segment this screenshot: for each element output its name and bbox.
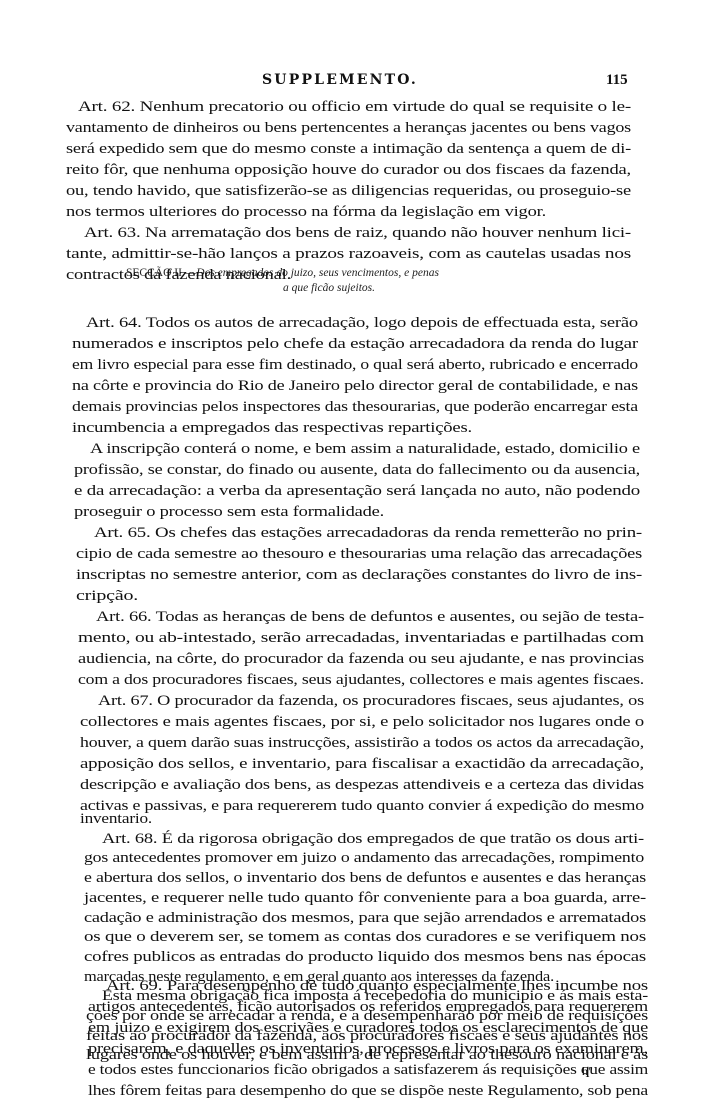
text-line: artigos antecedentes, ficão autorisados …	[88, 997, 648, 1017]
text-line: cofres publicos as entradas do producto …	[84, 947, 646, 967]
text-line: incumbencia a empregados das respectivas…	[72, 418, 472, 438]
text-line: Art. 64. Todos os autos de arrecadação, …	[86, 313, 638, 333]
running-title: SUPPLEMENTO.	[262, 72, 418, 88]
text-line: reito fôr, que nenhuma opposição houve d…	[66, 160, 631, 180]
text-line: ou, tendo havido, que satisfizerão-se as…	[66, 181, 631, 201]
text-line: Art. 66. Todas as heranças de bens de de…	[96, 607, 644, 627]
text-line: Art. 67. O procurador da fazenda, os pro…	[98, 691, 644, 711]
text-line: apposição dos sellos, e inventario, para…	[80, 754, 644, 774]
text-line: descripção e avaliação dos bens, as desp…	[80, 775, 644, 795]
text-line: na côrte e provincia do Rio de Janeiro p…	[72, 376, 638, 396]
text-line: contractos da fazenda nacional.	[66, 265, 291, 285]
text-line: lhes fôrem feitas para desempenho do que…	[88, 1081, 648, 1101]
text-line: e da arrecadação: a verba da apresentaçã…	[74, 481, 640, 501]
text-line: cadação e administração dos mesmos, para…	[84, 908, 646, 928]
text-line: e todos estes funccionarios ficão obriga…	[88, 1060, 648, 1080]
text-line: os que o deverem ser, se tomem as contas…	[84, 927, 646, 947]
text-line: cipio de cada semestre ao thesouro e the…	[76, 544, 642, 564]
text-line: A inscripção conterá o nome, e bem assim…	[90, 439, 640, 459]
text-line: será expedido sem que do mesmo conste a …	[66, 139, 631, 159]
text-line: Art. 69. Para desempenho de tudo quanto …	[106, 976, 648, 996]
document-page: SUPPLEMENTO. 115 SECÇÃO II.—Dos empregad…	[0, 0, 715, 1117]
text-line: Art. 63. Na arrematação dos bens de raiz…	[84, 223, 631, 243]
text-line: jacentes, e requerer nelle tudo quanto f…	[84, 888, 646, 908]
section-heading-line-2: a que ficão sujeitos.	[283, 281, 375, 295]
text-line: e abertura dos sellos, o inventario dos …	[84, 868, 646, 888]
text-line: Art. 65. Os chefes das estações arrecada…	[94, 523, 642, 543]
text-line: mento, ou ab-intestado, serão arrecadada…	[78, 628, 644, 648]
text-line: demais provincias pelos inspectores das …	[72, 397, 638, 417]
text-line: audiencia, na côrte, do procurador da fa…	[78, 649, 644, 669]
text-line: Art. 62. Nenhum precatorio ou officio em…	[78, 97, 631, 117]
text-line: inventario.	[80, 809, 152, 829]
section-title-part-2: a que ficão sujeitos.	[283, 282, 375, 294]
text-line: cripção.	[76, 586, 138, 606]
text-line: proseguir o processo sem esta formalidad…	[74, 502, 384, 522]
text-line: tante, admittir-se-hão lanços a prazos r…	[66, 244, 631, 264]
page-header: SUPPLEMENTO. 115	[0, 72, 715, 94]
text-line: collectores e mais agentes fiscaes, por …	[80, 712, 644, 732]
text-line: em juizo e exigirem dos escrivães e cura…	[88, 1018, 648, 1038]
text-line: houver, a quem darão suas instrucções, a…	[80, 733, 644, 753]
text-line: em livro especial para esse fim destinad…	[72, 355, 638, 375]
text-line: com a dos procuradores fiscaes, seus aju…	[78, 670, 644, 690]
text-line: numerados e inscriptos pelo chefe da est…	[72, 334, 638, 354]
text-line: profissão, se constar, do finado ou ause…	[74, 460, 640, 480]
text-line: Art. 68. É da rigorosa obrigação dos emp…	[102, 829, 644, 849]
text-line: precisarem, e daquelles os inventarios, …	[88, 1039, 648, 1059]
text-line: activas e passivas, e para requererem tu…	[80, 796, 644, 816]
page-number: 115	[606, 72, 628, 89]
text-line: nos termos ulteriores do processo na fór…	[66, 202, 546, 222]
signature-mark: h"	[582, 1064, 593, 1079]
text-line: inscriptas no semestre anterior, com as …	[76, 565, 642, 585]
text-line: gos antecedentes promover em juizo o and…	[84, 848, 644, 868]
text-line: vantamento de dinheiros ou bens pertence…	[66, 118, 631, 138]
